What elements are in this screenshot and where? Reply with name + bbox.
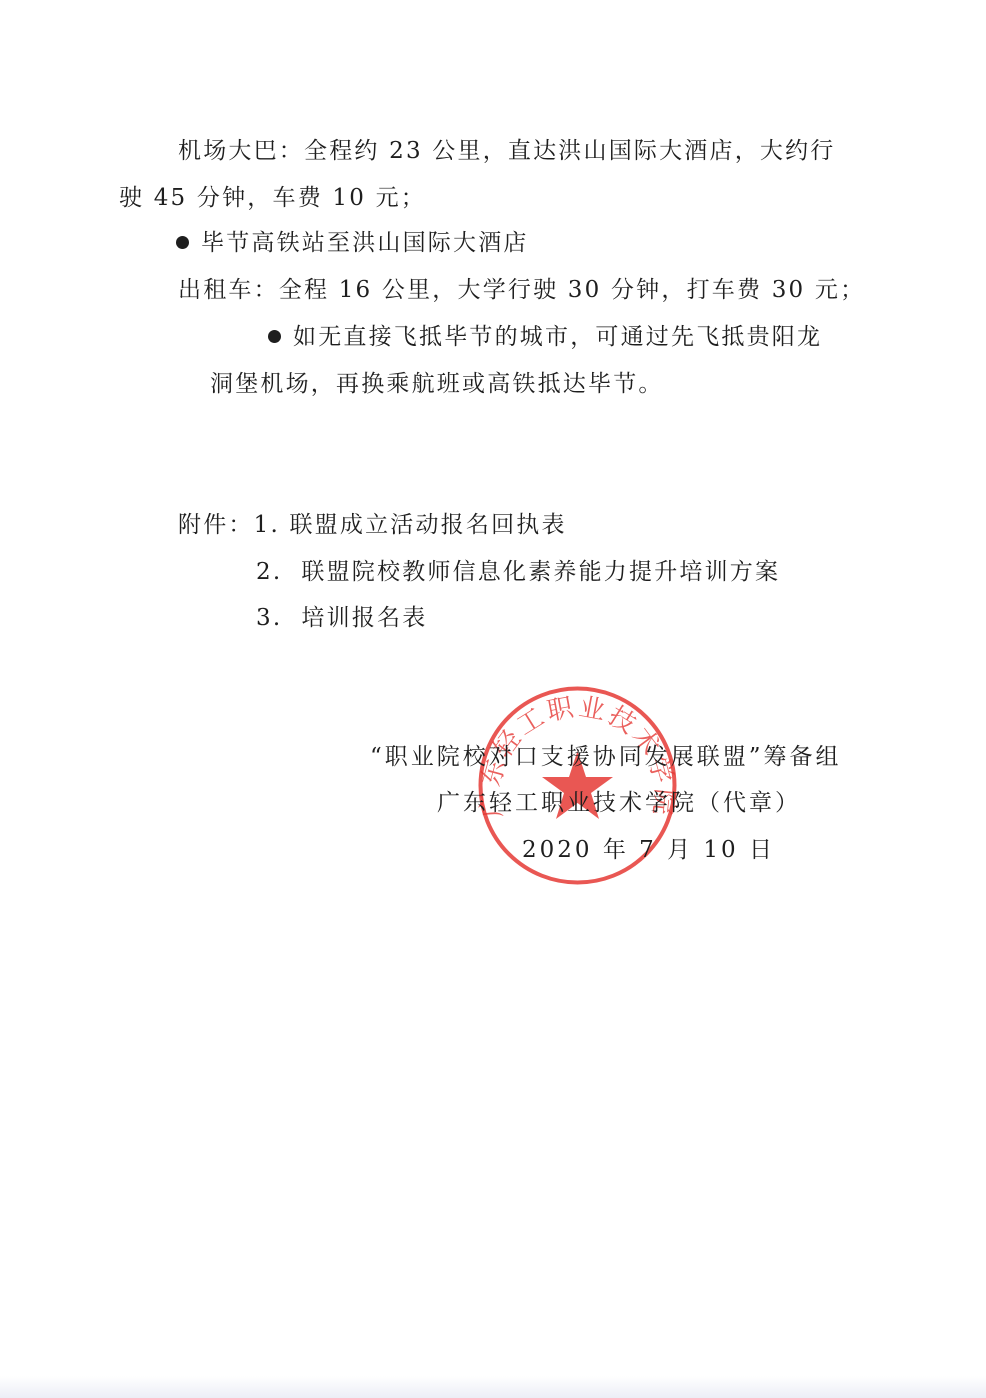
scan-edge [0, 1376, 986, 1398]
no-direct-flight-line2: 洞堡机场，再换乘航班或高铁抵达毕节。 [210, 369, 664, 399]
signature-issuer: 广东轻工职业技术学院（代章） [437, 788, 801, 818]
attachments-label: 附件： [178, 512, 254, 538]
no-direct-flight-text: 如无直接飞抵毕节的城市，可通过先飞抵贵阳龙 [293, 324, 822, 350]
bullet-icon [176, 236, 189, 249]
bullet-train-station-text: 毕节高铁站至洪山国际大酒店 [201, 230, 529, 256]
attachment-title: 联盟成立活动报名回执表 [289, 512, 566, 538]
bullet-icon [268, 330, 281, 343]
bullet-train-station: 毕节高铁站至洪山国际大酒店 [176, 228, 529, 258]
attachment-number: 3. [256, 605, 282, 631]
attachment-number: 2. [256, 559, 282, 585]
signature-date: 2020 年 7 月 10 日 [522, 835, 775, 865]
taxi-line: 出租车：全程 16 公里，大学行驶 30 分钟，打车费 30 元； [178, 275, 865, 305]
signature-organization: “职业院校对口支援协同发展联盟”筹备组 [370, 742, 842, 772]
attachment-title: 联盟院校教师信息化素养能力提升培训方案 [301, 559, 780, 585]
attachment-item-1: 附件：1. 联盟成立活动报名回执表 [178, 510, 567, 540]
attachment-number: 1. [254, 512, 280, 538]
attachment-title: 培训报名表 [301, 605, 427, 631]
airport-bus-line2: 驶 45 分钟，车费 10 元； [119, 183, 426, 213]
attachment-item-2: 2. 联盟院校教师信息化素养能力提升培训方案 [256, 557, 780, 587]
attachment-item-3: 3. 培训报名表 [256, 603, 427, 633]
no-direct-flight-line1: 如无直接飞抵毕节的城市，可通过先飞抵贵阳龙 [268, 322, 822, 352]
airport-bus-line1: 机场大巴：全程约 23 公里，直达洪山国际大酒店，大约行 [178, 136, 836, 166]
